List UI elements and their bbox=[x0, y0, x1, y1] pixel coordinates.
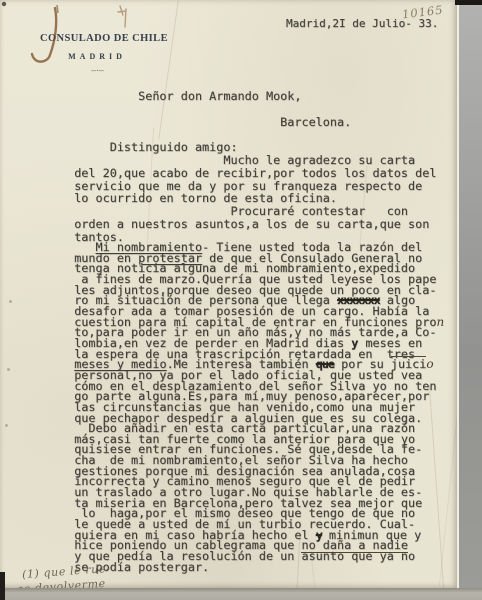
letter-body-upper: Señor don Armando Mook, Barcelona. Disti… bbox=[0, 90, 455, 244]
letter-body-lower: Mi nombramiento- Tiene usted toda la raz… bbox=[0, 242, 455, 572]
typed-line: Mucho le agradezco su carta bbox=[60, 154, 455, 167]
handwritten-correction: o bbox=[426, 357, 433, 371]
ink-speck bbox=[5, 424, 8, 427]
typed-line: del 20,que acabo de recibir,por todos lo… bbox=[60, 167, 455, 180]
handwritten-correction: n bbox=[436, 315, 444, 329]
bottom-left-dark-mark bbox=[0, 572, 5, 600]
scan-edge-dark-strip bbox=[455, 0, 482, 5]
scanner-background-right bbox=[457, 0, 482, 588]
typed-line: se podía postergar. bbox=[60, 562, 455, 573]
pencil-marks bbox=[116, 3, 132, 31]
letter-paper: CONSULADO DE CHILE MADRID —·— Madrid,2I … bbox=[0, 0, 457, 588]
ink-speck bbox=[7, 368, 10, 371]
typed-line: Barcelona. bbox=[60, 116, 455, 129]
scanned-letter: CONSULADO DE CHILE MADRID —·— Madrid,2I … bbox=[0, 0, 482, 600]
ink-stroke-mark bbox=[22, 3, 72, 73]
ink-speck bbox=[9, 300, 12, 303]
typed-line: Señor don Armando Mook, bbox=[60, 90, 455, 103]
typed-line bbox=[60, 103, 455, 116]
scanner-background-bottom bbox=[0, 588, 482, 600]
typed-line: orden a nuestros asuntos,a los de su car… bbox=[60, 218, 455, 231]
corner-dot-mark bbox=[1, 1, 9, 9]
